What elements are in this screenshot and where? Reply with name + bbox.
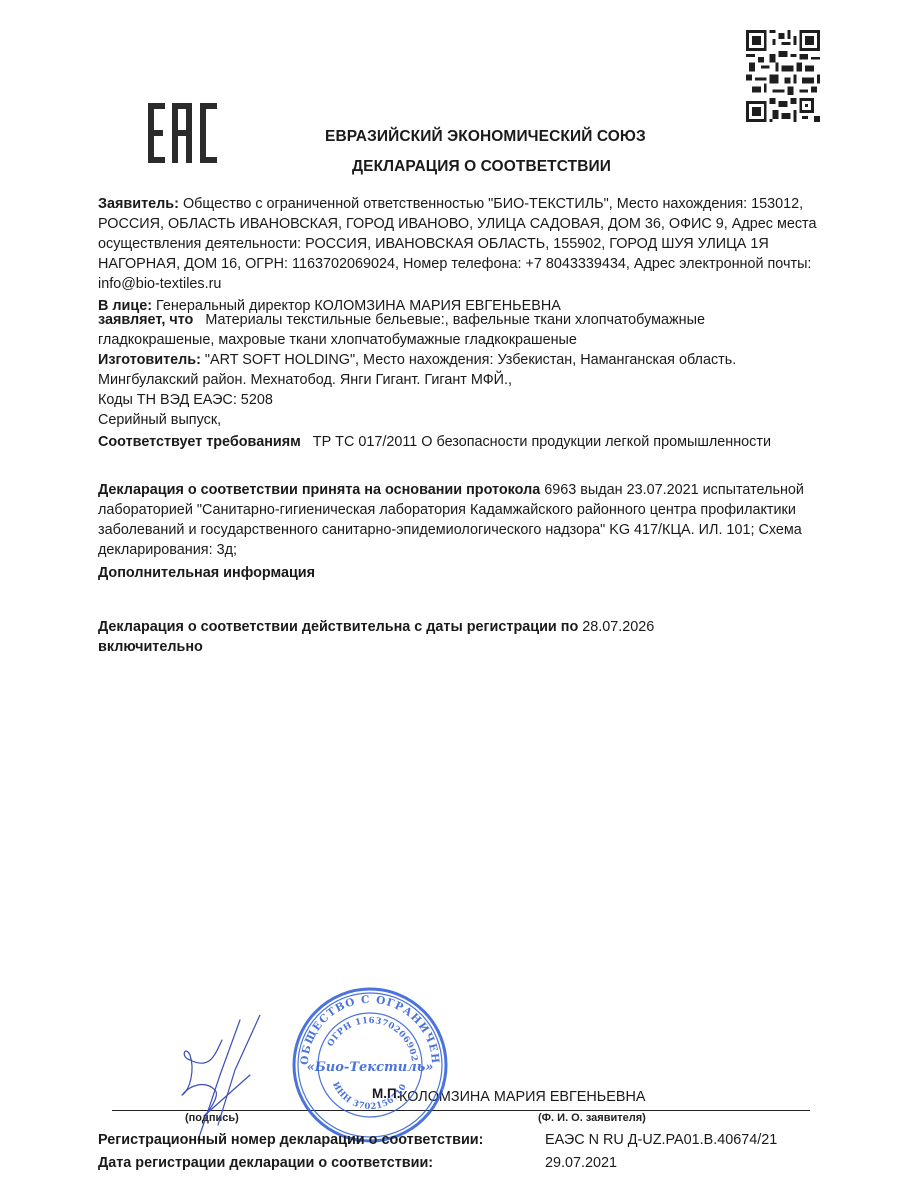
- registration-date: 29.07.2021: [545, 1155, 617, 1171]
- qr-code-icon[interactable]: [746, 30, 820, 122]
- conforms-paragraph: Соответствует требованиям ТР ТС 017/2011…: [98, 432, 818, 452]
- protocol-paragraph: Декларация о соответствии принята на осн…: [98, 480, 818, 560]
- validity-label: Декларация о соответствии действительна …: [98, 619, 578, 635]
- registration-date-label: Дата регистрации декларации о соответств…: [98, 1155, 433, 1171]
- applicant-label: Заявитель:: [98, 196, 179, 212]
- additional-info-heading: Дополнительная информация: [98, 563, 818, 583]
- declares-paragraph: заявляет, что Материалы текстильные бель…: [98, 310, 818, 350]
- registration-number: ЕАЭС N RU Д-UZ.PA01.B.40674/21: [545, 1132, 777, 1148]
- declares-label: заявляет, что: [98, 312, 193, 328]
- validity-paragraph: Декларация о соответствии действительна …: [98, 617, 818, 637]
- validity-date: 28.07.2026: [578, 619, 654, 635]
- validity-section: Декларация о соответствии действительна …: [98, 617, 818, 657]
- document-title: ДЕКЛАРАЦИЯ О СООТВЕТСТВИИ: [352, 158, 611, 176]
- protocol-section: Декларация о соответствии принята на осн…: [98, 480, 818, 583]
- manufacturer-label: Изготовитель:: [98, 352, 201, 368]
- applicant-paragraph: Заявитель: Общество с ограниченной ответ…: [98, 194, 818, 294]
- union-title: ЕВРАЗИЙСКИЙ ЭКОНОМИЧЕСКИЙ СОЮЗ: [325, 128, 646, 146]
- name-caption: (Ф. И. О. заявителя): [538, 1112, 646, 1124]
- company-stamp-icon: ОБЩЕСТВО С ОГРАНИЧЕННОЙ ОТВЕТСТВЕННОСТЬЮ…: [290, 985, 450, 1145]
- conforms-label: Соответствует требованиям: [98, 434, 301, 450]
- protocol-label: Декларация о соответствии принята на осн…: [98, 482, 540, 498]
- conforms-text: ТР ТС 017/2011 О безопасности продукции …: [301, 434, 771, 450]
- serial-release: Серийный выпуск,: [98, 410, 818, 430]
- eac-mark-icon: [148, 103, 228, 163]
- svg-text:«Био-Текстиль»: «Био-Текстиль»: [307, 1060, 434, 1075]
- product-section: заявляет, что Материалы текстильные бель…: [98, 310, 818, 452]
- handwritten-signature-icon: [160, 1015, 270, 1145]
- seal-place-label: М.П.: [372, 1086, 400, 1101]
- tn-ved-codes: Коды ТН ВЭД ЕАЭС: 5208: [98, 390, 818, 410]
- applicant-text: Общество с ограниченной ответственностью…: [98, 196, 816, 292]
- registration-number-label: Регистрационный номер декларации о соотв…: [98, 1132, 483, 1148]
- manufacturer-paragraph: Изготовитель: "ART SOFT HOLDING", Место …: [98, 350, 818, 390]
- validity-suffix: включительно: [98, 637, 818, 657]
- applicant-section: Заявитель: Общество с ограниченной ответ…: [98, 194, 818, 316]
